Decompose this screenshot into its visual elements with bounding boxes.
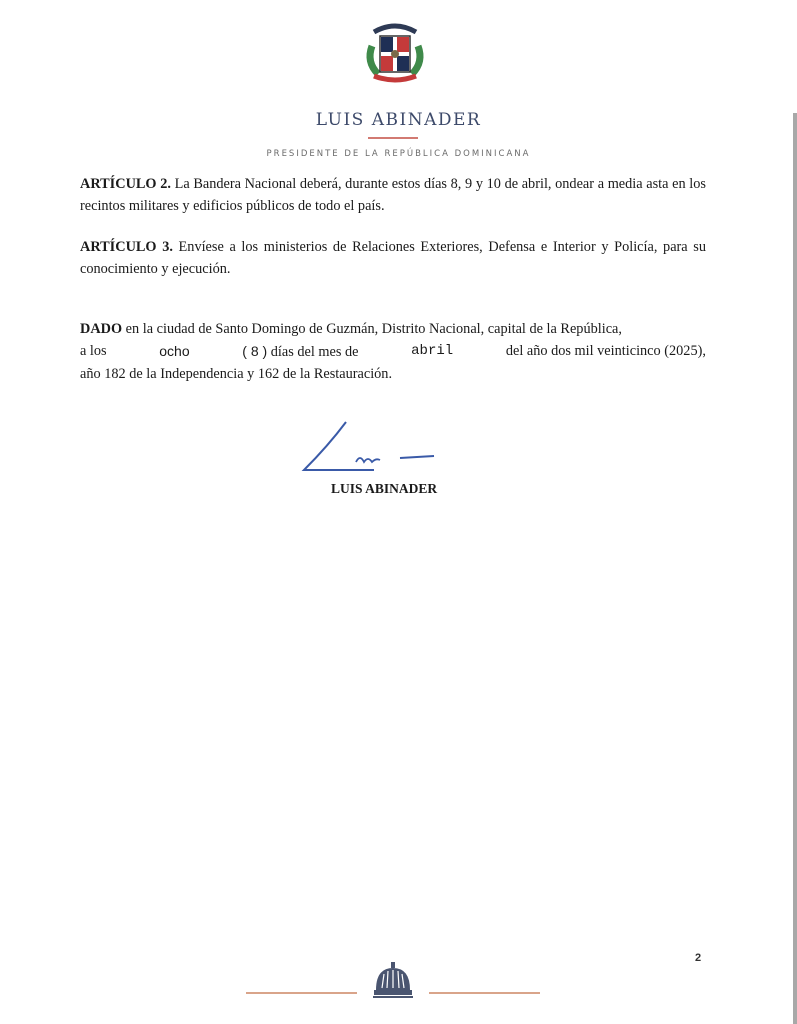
dado-line-1: en la ciudad de Santo Domingo de Guzmán,… [122, 321, 622, 337]
dado-label: DADO [80, 321, 122, 337]
dias-text: días del mes de [271, 344, 359, 360]
year-text: del año dos mil veinticinco (2025), [506, 340, 706, 363]
article-text: La Bandera Nacional deberá, durante esto… [80, 176, 706, 214]
article-text: Envíese a los ministerios de Relaciones … [80, 239, 706, 277]
header-subtitle: PRESIDENTE DE LA REPÚBLICA DOMINICANA [0, 149, 797, 159]
handwritten-signature-icon [298, 418, 438, 478]
month-field: abril [411, 340, 453, 363]
dado-paragraph: DADO en la ciudad de Santo Domingo de Gu… [80, 318, 706, 385]
header-divider [368, 137, 418, 139]
article-label: ARTÍCULO 2. [80, 176, 171, 192]
article-2: ARTÍCULO 2. La Bandera Nacional deberá, … [80, 173, 706, 217]
dado-line-2: a los ocho ( 8 ) días del mes de abril d… [80, 340, 706, 363]
day-number-field: ( 8 ) [242, 343, 267, 359]
article-label: ARTÍCULO 3. [80, 239, 173, 255]
dominican-coat-of-arms-icon [360, 18, 430, 88]
signer-name: LUIS ABINADER [331, 481, 437, 497]
header-name: LUIS ABINADER [0, 110, 797, 130]
article-3: ARTÍCULO 3. Envíese a los ministerios de… [80, 236, 706, 280]
page-number: 2 [695, 952, 701, 964]
footer-rule-left [246, 992, 357, 994]
palace-dome-icon [372, 960, 414, 1000]
a-los-text: a los [80, 340, 107, 363]
page-edge-scrollbar [793, 113, 797, 1024]
day-words-field: ocho [159, 340, 189, 363]
dado-line-3: año 182 de la Independencia y 162 de la … [80, 363, 706, 385]
footer-rule-right [429, 992, 540, 994]
